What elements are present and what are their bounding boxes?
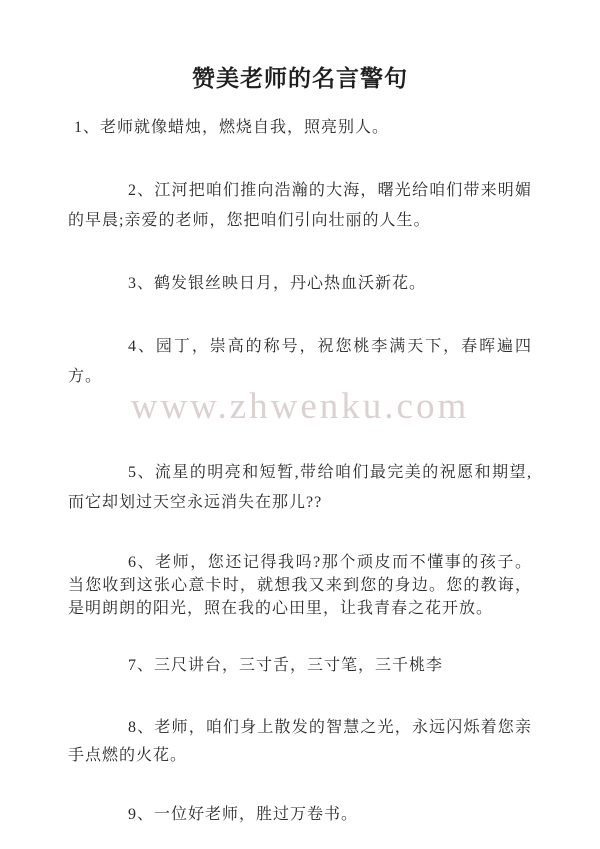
quote-item-6: 6、老师，您还记得我吗?那个顽皮而不懂事的孩子。当您收到这张心意卡时，就想我又来… [68,551,532,620]
page-title: 赞美老师的名言警句 [68,60,532,93]
quote-item-4: 4、园丁，崇高的称号，祝您桃李满天下，春晖遍四方。 [68,332,532,392]
document-body: 赞美老师的名言警句 1、老师就像蜡烛，燃烧自我，照亮别人。 2、江河把咱们推向浩… [0,0,600,830]
quote-item-5: 5、流星的明亮和短暂,带给咱们最完美的祝愿和期望,而它却划过天空永远消失在那儿?… [68,458,532,518]
quote-item-9: 9、一位好老师，胜过万卷书。 [68,800,532,830]
quote-item-2: 2、江河把咱们推向浩瀚的大海，曙光给咱们带来明媚的早晨;亲爱的老师，您把咱们引向… [68,176,532,236]
quote-item-7: 7、三尺讲台，三寸舌，三寸笔，三千桃李 [68,651,532,681]
quote-item-8: 8、老师，咱们身上散发的智慧之光，永远闪烁着您亲手点燃的火花。 [68,714,532,770]
document-page: www.zhwenku.com 赞美老师的名言警句 1、老师就像蜡烛，燃烧自我，… [0,0,600,849]
quote-item-1: 1、老师就像蜡烛，燃烧自我，照亮别人。 [68,113,532,143]
quote-item-3: 3、鹤发银丝映日月，丹心热血沃新花。 [68,269,532,299]
